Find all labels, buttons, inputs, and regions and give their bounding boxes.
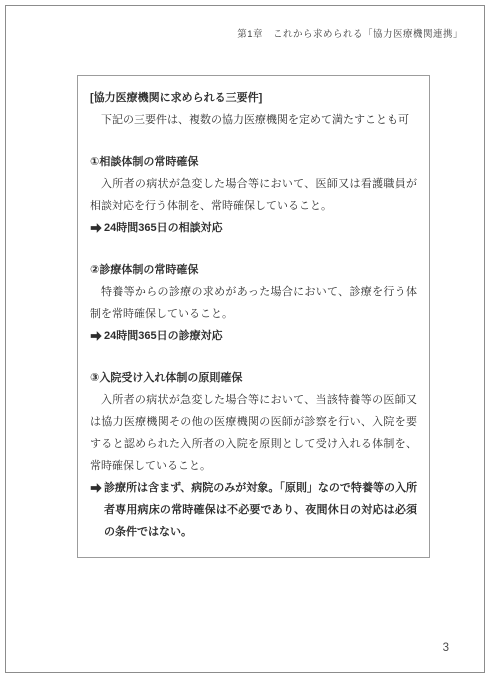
arrow-right-icon: [90, 330, 102, 342]
arrow-note: 24時間365日の相談対応: [90, 217, 417, 239]
section-heading: ②診療体制の常時確保: [90, 259, 417, 281]
section-consultation: ①相談体制の常時確保 入所者の病状が急変した場合等において、医師又は看護職員が相…: [90, 151, 417, 239]
box-title: [協力医療機関に求められる三要件]: [90, 87, 417, 109]
running-header: 第1章 これから求められる「協力医療機関連携」: [237, 26, 463, 40]
section-heading: ③入院受け入れ体制の原則確保: [90, 367, 417, 389]
arrow-right-icon: [90, 222, 102, 234]
arrow-note: 診療所は含まず、病院のみが対象。「原則」なので特養等の入所者専用病床の常時確保は…: [90, 477, 417, 543]
section-body: 特養等からの診療の求めがあった場合において、診療を行う体制を常時確保していること…: [90, 281, 417, 325]
arrow-note-text: 24時間365日の診療対応: [104, 330, 223, 342]
arrow-note-text: 24時間365日の相談対応: [104, 222, 223, 234]
section-medical-care: ②診療体制の常時確保 特養等からの診療の求めがあった場合において、診療を行う体制…: [90, 259, 417, 347]
arrow-note: 24時間365日の診療対応: [90, 325, 417, 347]
section-hospitalization: ③入院受け入れ体制の原則確保 入所者の病状が急変した場合等において、当該特養等の…: [90, 367, 417, 543]
box-intro: 下記の三要件は、複数の協力医療機関を定めて満たすことも可: [90, 109, 417, 131]
section-heading: ①相談体制の常時確保: [90, 151, 417, 173]
three-requirements-box: [協力医療機関に求められる三要件] 下記の三要件は、複数の協力医療機関を定めて満…: [77, 75, 430, 558]
arrow-note-text: 診療所は含まず、病院のみが対象。「原則」なので特養等の入所者専用病床の常時確保は…: [104, 482, 417, 538]
section-body: 入所者の病状が急変した場合等において、当該特養等の医師又は協力医療機関その他の医…: [90, 389, 417, 477]
arrow-right-icon: [90, 482, 102, 494]
page-number: 3: [443, 642, 449, 654]
section-body: 入所者の病状が急変した場合等において、医師又は看護職員が相談対応を行う体制を、常…: [90, 173, 417, 217]
